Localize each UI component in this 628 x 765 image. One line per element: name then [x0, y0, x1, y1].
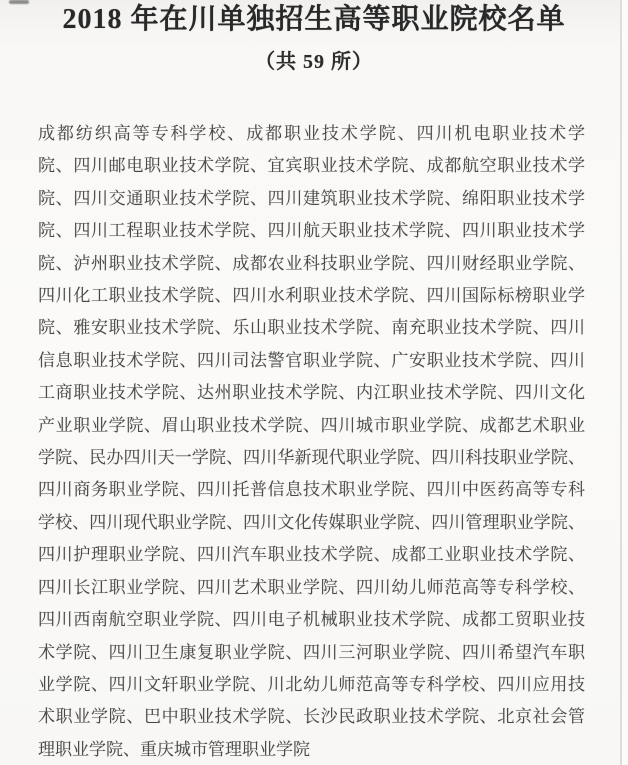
body-line: 院、雅安职业技术学院、乐山职业技术学院、南充职业技术学院、四川 — [38, 312, 585, 344]
school-list-body: 成都纺织高等专科学校、成都职业技术学院、四川机电职业技术学院、四川邮电职业技术学… — [0, 118, 628, 765]
body-line: 信息职业技术学院、四川司法警官职业学院、广安职业技术学院、四川 — [38, 345, 585, 377]
body-line: 院、泸州职业技术学院、成都农业科技职业学院、四川财经职业学院、 — [38, 248, 585, 280]
body-line: 术职业学院、巴中职业技术学院、长沙民政职业技术学院、北京社会管 — [38, 701, 585, 733]
body-line: 产业职业学院、眉山职业技术学院、四川城市职业学院、成都艺术职业 — [38, 410, 585, 442]
body-line: 院、四川工程职业技术学院、四川航天职业技术学院、四川职业技术学 — [38, 215, 585, 247]
body-line: 业学院、四川文轩职业学院、川北幼儿师范高等专科学校、四川应用技 — [38, 669, 585, 701]
body-line: 四川护理职业学院、四川汽车职业技术学院、成都工业职业技术学院、 — [38, 539, 585, 571]
document-subtitle-total-count: （共 59 所） — [0, 49, 628, 75]
body-line: 四川商务职业学院、四川托普信息技术职业学院、四川中医药高等专科 — [38, 474, 585, 506]
scanned-document-page: 2018 年在川单独招生高等职业院校名单 （共 59 所） 成都纺织高等专科学校… — [0, 0, 628, 765]
body-line: 术学院、四川卫生康复职业学院、四川三河职业学院、四川希望汽车职 — [38, 637, 585, 669]
body-line: 成都纺织高等专科学校、成都职业技术学院、四川机电职业技术学 — [38, 118, 585, 150]
body-line: 四川长江职业学院、四川艺术职业学院、四川幼儿师范高等专科学校、 — [38, 572, 585, 604]
page-edge-margin — [622, 0, 628, 765]
document-title: 2018 年在川单独招生高等职业院校名单 — [0, 0, 628, 37]
body-line: 工商职业技术学院、达州职业技术学院、内江职业技术学院、四川文化 — [38, 377, 585, 409]
body-line: 院、四川邮电职业技术学院、宜宾职业技术学院、成都航空职业技术学 — [38, 150, 585, 182]
body-line: 学校、四川现代职业学院、四川文化传媒职业学院、四川管理职业学院、 — [38, 507, 585, 539]
body-line: 院、四川交通职业技术学院、四川建筑职业技术学院、绵阳职业技术学 — [38, 183, 585, 215]
body-line: 四川西南航空职业学院、四川电子机械职业技术学院、成都工贸职业技 — [38, 604, 585, 636]
body-line: 学院、民办四川天一学院、四川华新现代职业学院、四川科技职业学院、 — [38, 442, 585, 474]
scan-smudge-artifact — [9, 0, 29, 4]
body-line: 理职业学院、重庆城市管理职业学院 — [38, 734, 585, 765]
body-line: 四川化工职业技术学院、四川水利职业技术学院、四川国际标榜职业学 — [38, 280, 585, 312]
